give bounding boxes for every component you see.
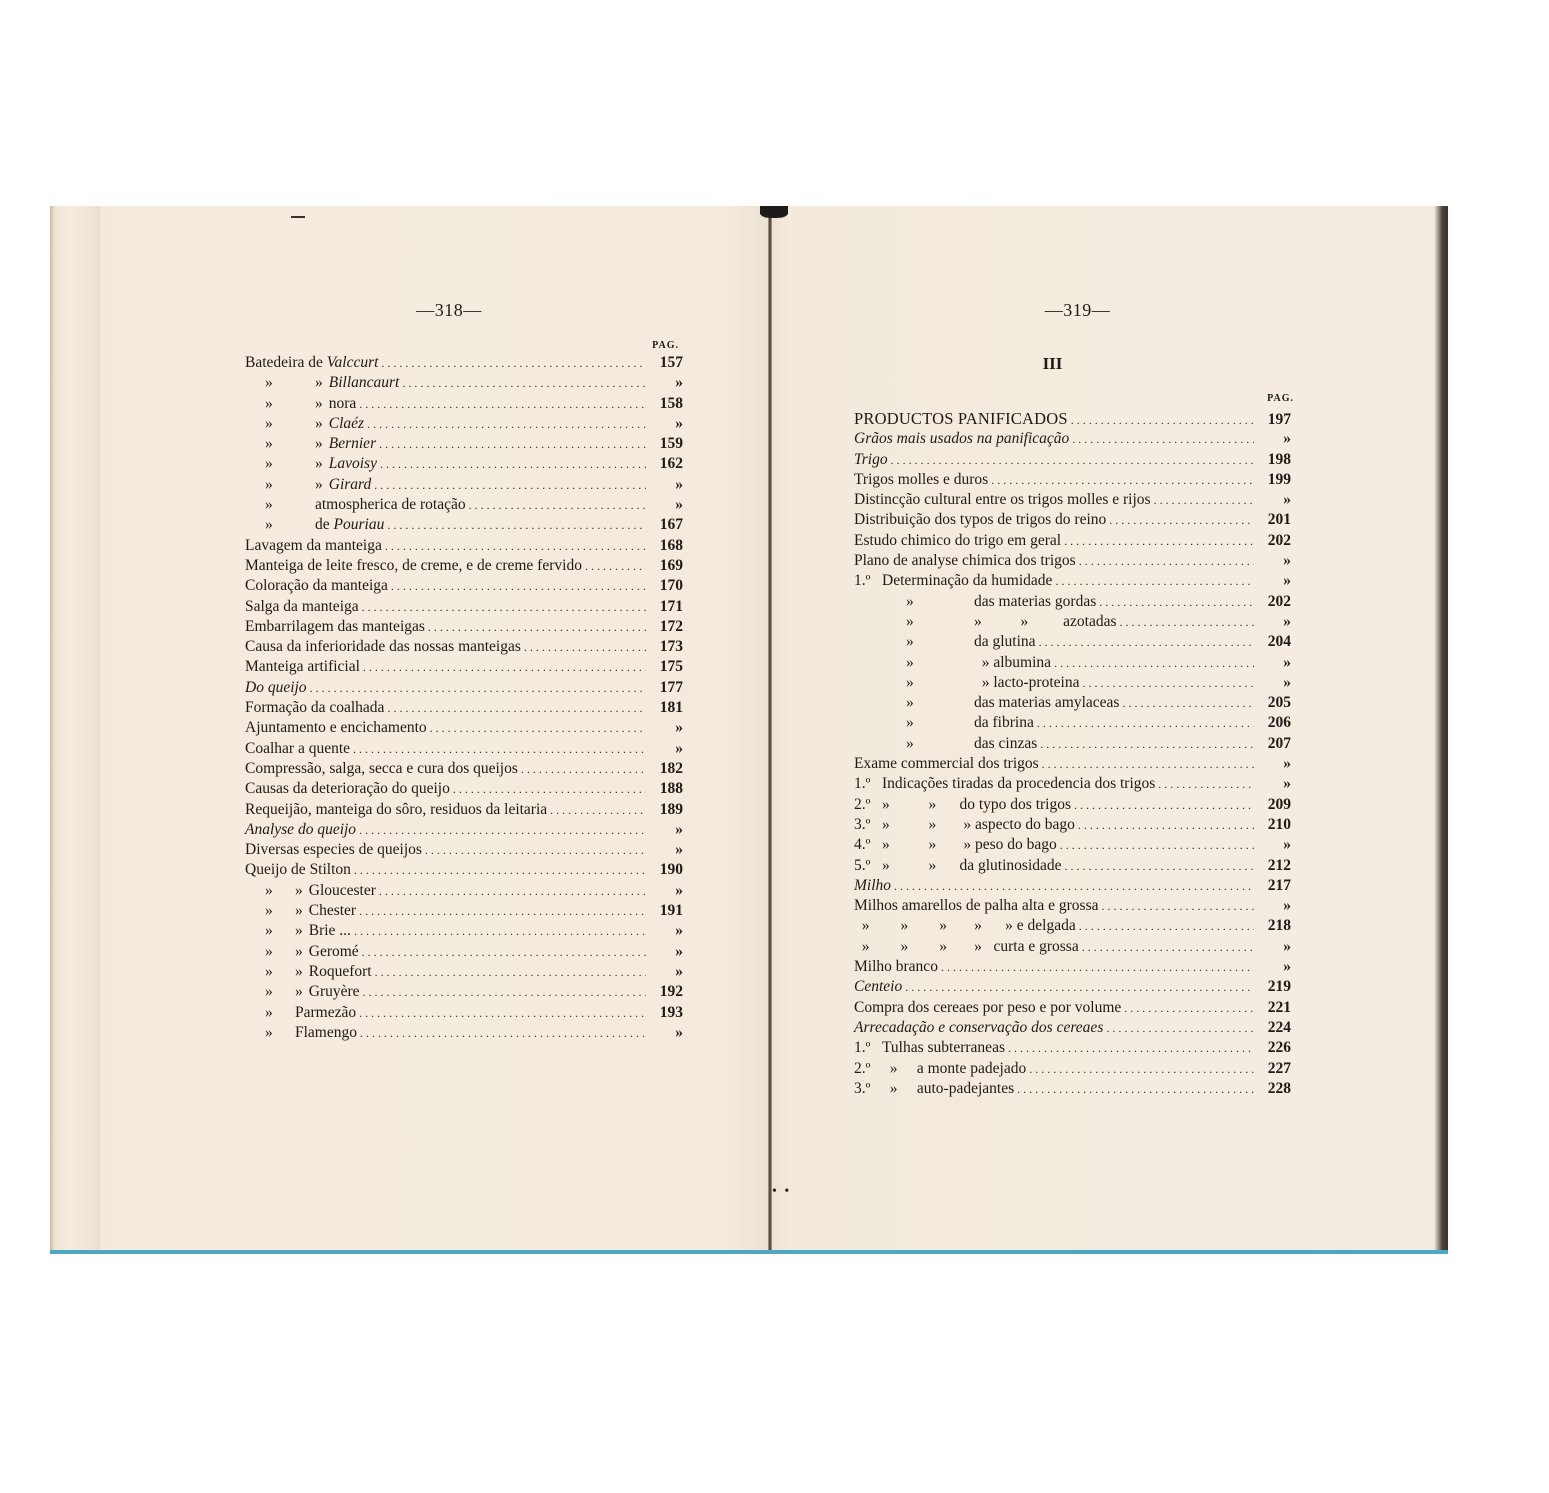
ditto-mark: » [315, 476, 323, 493]
page-ref: 182 [649, 759, 683, 779]
entry-title: Estudo chimico do trigo em geral [854, 531, 1061, 551]
dot-leader [428, 617, 646, 637]
dot-leader [1060, 835, 1254, 855]
ditto-mark: » [295, 983, 303, 1000]
ditto-mark: » [295, 882, 303, 899]
entry-text: Flamengo [295, 1024, 357, 1041]
ditto-mark: » [315, 415, 323, 432]
ditto-mark: » [245, 1023, 295, 1043]
toc-entry: Manteiga artificial175 [245, 657, 683, 677]
entry-title: Grãos mais usados na panificação [854, 429, 1069, 449]
toc-entry: »»Geromé» [245, 942, 683, 962]
entry-title: Determinação da humidade [882, 571, 1052, 591]
toc-entry: » » albumina» [854, 653, 1291, 673]
entry-title: » auto-padejantes [882, 1079, 1014, 1099]
page-ref: » [1257, 612, 1291, 632]
ditto-mark: » [245, 373, 315, 393]
dot-leader [1039, 632, 1254, 652]
dot-leader [359, 1003, 646, 1023]
page-ref: » [649, 495, 683, 515]
toc-entry: » » » » » e delgada218 [854, 916, 1291, 936]
page-ref: 219 [1257, 977, 1291, 997]
page-ref: 172 [649, 617, 683, 637]
page-ref: » [649, 881, 683, 901]
page-ref: 162 [649, 454, 683, 474]
entry-prefix: 1.º [854, 1038, 880, 1058]
toc-entry: Compra dos cereaes por peso e por volume… [854, 998, 1291, 1018]
entry-title: » » azotadas [974, 612, 1116, 632]
dot-leader [1078, 815, 1254, 835]
toc-entry: Compressão, salga, secca e cura dos quei… [245, 759, 683, 779]
entry-prefix: » [854, 612, 974, 632]
entry-title: »Bernier [315, 434, 376, 454]
entry-title: Milho branco [854, 957, 938, 977]
entry-text: Parmezão [295, 1004, 356, 1021]
entry-title: Trigos molles e duros [854, 470, 988, 490]
ditto-mark: » [245, 414, 315, 434]
toc-entry: »Flamengo» [245, 1023, 683, 1043]
entry-text-italic: Lavoisy [329, 455, 377, 472]
dot-leader [359, 901, 646, 921]
entry-title: Compressão, salga, secca e cura dos quei… [245, 759, 518, 779]
page-ref: 227 [1257, 1059, 1291, 1079]
entry-title: » » » aspecto do bago [882, 815, 1075, 835]
entry-title: »Lavoisy [315, 454, 377, 474]
entry-title: de Pouriau [315, 515, 384, 535]
toc-entry: Batedeira de Valccurt157 [245, 353, 683, 373]
page-ref: » [1257, 673, 1291, 693]
ditto-mark: » [245, 881, 295, 901]
toc-entry: Estudo chimico do trigo em geral202 [854, 531, 1291, 551]
toc-entry: Grãos mais usados na panificação» [854, 429, 1291, 449]
ditto-mark: » [295, 902, 303, 919]
toc-entry: »»Bernier159 [245, 434, 683, 454]
dot-leader [905, 977, 1254, 997]
toc-entry: Embarrilagem das manteigas172 [245, 617, 683, 637]
entry-prefix: 4.º [854, 835, 880, 855]
entry-title: Compra dos cereaes por peso e por volume [854, 998, 1121, 1018]
toc-entry: PRODUCTOS PANIFICADOS197 [854, 409, 1291, 429]
entry-text: Batedeira de [245, 354, 327, 371]
entry-prefix: » [854, 673, 974, 693]
entry-title: Manteiga artificial [245, 657, 360, 677]
page-ref: 191 [649, 901, 683, 921]
dot-leader [1082, 937, 1254, 957]
toc-entry: »»Chester191 [245, 901, 683, 921]
toc-entry: »das materias amylaceas205 [854, 693, 1291, 713]
page-ref: » [649, 942, 683, 962]
page-ref: » [649, 739, 683, 759]
entry-title: da glutina [974, 632, 1036, 652]
entry-title: Analyse do queijo [245, 820, 356, 840]
toc-entry: 2.º» » do typo dos trigos209 [854, 795, 1291, 815]
dot-leader [1079, 551, 1254, 571]
entry-title: Plano de analyse chimica dos trigos [854, 551, 1076, 571]
entry-title: » » » » curta e grossa [854, 937, 1079, 957]
table-of-contents: Batedeira de Valccurt157»»Billancaurt»»»… [245, 353, 683, 1043]
dot-leader [375, 962, 646, 982]
page-ref: » [649, 921, 683, 941]
toc-entry: Coloração da manteiga170 [245, 576, 683, 596]
entry-title: » » da glutinosidade [882, 856, 1062, 876]
toc-entry: »da fibrina206 [854, 713, 1291, 733]
dot-leader [1071, 410, 1254, 430]
toc-entry: Analyse do queijo» [245, 820, 683, 840]
page-ref: 199 [1257, 470, 1291, 490]
toc-entry: Exame commercial dos trigos» [854, 754, 1291, 774]
toc-entry: »»nora158 [245, 394, 683, 414]
toc-entry: Ajuntamento e encichamento» [245, 718, 683, 738]
toc-entry: Plano de analyse chimica dos trigos» [854, 551, 1291, 571]
toc-entry: 3.º » auto-padejantes228 [854, 1079, 1291, 1099]
page-ref: 209 [1257, 795, 1291, 815]
dot-leader [894, 876, 1254, 896]
book-gutter [768, 206, 772, 1250]
toc-entry: Distincção cultural entre os trigos moll… [854, 490, 1291, 510]
page-ref: » [1257, 957, 1291, 977]
ditto-mark: » [245, 434, 315, 454]
toc-entry: Causas da deterioração do queijo188 [245, 779, 683, 799]
entry-prefix: » [854, 592, 974, 612]
dot-leader [1124, 998, 1254, 1018]
page-ref: » [1257, 490, 1291, 510]
page-ref: » [649, 962, 683, 982]
page-ref: » [649, 414, 683, 434]
page-ref: » [649, 475, 683, 495]
entry-title: Exame commercial dos trigos [854, 754, 1039, 774]
entry-text: Requeijão, manteiga do sôro, residuos da… [245, 801, 547, 818]
entry-text: Causa da inferioridade das nossas mantei… [245, 638, 521, 655]
dot-leader [1109, 510, 1254, 530]
entry-text-italic: Valccurt [327, 354, 379, 371]
page-ref: 202 [1257, 531, 1291, 551]
entry-prefix: 1.º [854, 774, 880, 794]
toc-entry: Queijo de Stilton190 [245, 860, 683, 880]
page-ref: 158 [649, 394, 683, 414]
dot-leader [353, 739, 646, 759]
entry-title: Ajuntamento e encichamento [245, 718, 427, 738]
page-ref: 206 [1257, 713, 1291, 733]
page-ref: 159 [649, 434, 683, 454]
binding-top [760, 206, 788, 218]
toc-entry: 4.º» » » peso do bago» [854, 835, 1291, 855]
entry-text: Embarrilagem das manteigas [245, 618, 425, 635]
dot-leader [385, 536, 646, 556]
entry-text: Lavagem da manteiga [245, 537, 382, 554]
entry-title: Milhos amarellos de palha alta e grossa [854, 896, 1098, 916]
toc-entry: Milho217 [854, 876, 1291, 896]
entry-prefix: 1.º [854, 571, 880, 591]
ditto-mark: » [245, 394, 315, 414]
page-ref: 157 [649, 353, 683, 373]
dot-leader [362, 597, 646, 617]
entry-text: Queijo de Stilton [245, 861, 351, 878]
dot-leader [362, 942, 646, 962]
dot-leader [430, 718, 646, 738]
page-ref: » [1257, 774, 1291, 794]
page-ref: » [1257, 754, 1291, 774]
ditto-mark: » [245, 495, 315, 515]
dot-leader [379, 434, 646, 454]
entry-text: Ajuntamento e encichamento [245, 719, 427, 736]
entry-text: Geromé [309, 943, 359, 960]
toc-entry: Trigo198 [854, 450, 1291, 470]
entry-title: » » » » » e delgada [854, 916, 1076, 936]
page-ref: » [649, 820, 683, 840]
entry-title: Batedeira de Valccurt [245, 353, 378, 373]
toc-entry: Lavagem da manteiga168 [245, 536, 683, 556]
gutter-marks: • • [772, 1184, 791, 1200]
page-ref: 190 [649, 860, 683, 880]
entry-text: Formação da coalhada [245, 699, 384, 716]
entry-text: Coalhar a quente [245, 740, 350, 757]
entry-prefix: 5.º [854, 856, 880, 876]
entry-text-italic: Bernier [329, 435, 376, 452]
dot-leader [521, 759, 646, 779]
page-ref: » [1257, 551, 1291, 571]
entry-title: » lacto-proteina [974, 673, 1079, 693]
ditto-mark: » [295, 943, 303, 960]
entry-title: atmospherica de rotação [315, 495, 466, 515]
entry-title: Causa da inferioridade das nossas mantei… [245, 637, 521, 657]
ditto-mark: » [245, 962, 295, 982]
dot-leader [1072, 429, 1254, 449]
toc-entry: Salga da manteiga171 [245, 597, 683, 617]
page-ref: » [1257, 896, 1291, 916]
dot-leader [1017, 1079, 1254, 1099]
entry-prefix: 3.º [854, 1079, 880, 1099]
toc-entry: Causa da inferioridade das nossas mantei… [245, 637, 683, 657]
dot-leader [1040, 734, 1254, 754]
entry-text: de [315, 516, 334, 533]
dot-leader [1037, 713, 1254, 733]
entry-text-italic: Claéz [329, 415, 364, 432]
ditto-mark: » [315, 455, 323, 472]
dot-leader [453, 779, 646, 799]
dot-leader [1054, 653, 1254, 673]
page-ref: 207 [1257, 734, 1291, 754]
page-ref: 169 [649, 556, 683, 576]
dot-leader [1008, 1038, 1254, 1058]
dot-leader [1064, 531, 1254, 551]
ditto-mark: » [315, 395, 323, 412]
toc-entry: 2.º » a monte padejado227 [854, 1059, 1291, 1079]
entry-title: Distribuição dos typos de trigos do rein… [854, 510, 1106, 530]
page-number: —319— [859, 300, 1296, 321]
page-ref: 192 [649, 982, 683, 1002]
dot-leader [941, 957, 1254, 977]
entry-title: Centeio [854, 977, 902, 997]
entry-title: »Gruyère [295, 982, 360, 1002]
entry-title: Coalhar a quente [245, 739, 350, 759]
page-ref: » [1257, 937, 1291, 957]
entry-prefix: » [854, 632, 974, 652]
entry-text-italic: Analyse do queijo [245, 821, 356, 838]
entry-title: »Claéz [315, 414, 364, 434]
dot-leader [363, 657, 646, 677]
table-of-contents: PRODUCTOS PANIFICADOS197Grãos mais usado… [854, 409, 1291, 1099]
entry-text: Compressão, salga, secca e cura dos quei… [245, 760, 518, 777]
page-number: —318— [230, 300, 668, 321]
dot-leader [359, 820, 646, 840]
ditto-mark: » [315, 374, 323, 391]
entry-text: Chester [309, 902, 356, 919]
toc-entry: 1.ºTulhas subterraneas226 [854, 1038, 1291, 1058]
entry-title: PRODUCTOS PANIFICADOS [854, 409, 1068, 429]
dot-leader [524, 637, 646, 657]
dot-leader [360, 1023, 646, 1043]
dot-leader [310, 678, 646, 698]
page-ref: 193 [649, 1003, 683, 1023]
entry-text-italic: Billancaurt [329, 374, 400, 391]
toc-entry: »»Billancaurt» [245, 373, 683, 393]
entry-text-italic: Girard [329, 476, 372, 493]
dot-leader [1106, 1018, 1254, 1038]
entry-text: Roquefort [309, 963, 372, 980]
entry-title: Flamengo [295, 1023, 357, 1043]
toc-entry: Milhos amarellos de palha alta e grossa» [854, 896, 1291, 916]
entry-title: »Roquefort [295, 962, 372, 982]
ditto-mark: » [245, 454, 315, 474]
ditto-mark: » [245, 515, 315, 535]
toc-entry: 1.ºDeterminação da humidade» [854, 571, 1291, 591]
toc-entry: Do queijo177 [245, 678, 683, 698]
ditto-mark: » [245, 921, 295, 941]
dot-leader [469, 495, 646, 515]
entry-text: Gloucester [309, 882, 376, 899]
toc-entry: »»Lavoisy162 [245, 454, 683, 474]
page-ref: » [649, 373, 683, 393]
page-ref: 170 [649, 576, 683, 596]
dot-leader [1079, 916, 1254, 936]
page-ref: 212 [1257, 856, 1291, 876]
dot-leader [1119, 612, 1254, 632]
toc-entry: »das materias gordas202 [854, 592, 1291, 612]
page-ref: » [1257, 571, 1291, 591]
toc-entry: »»Claéz» [245, 414, 683, 434]
toc-entry: » » » » curta e grossa» [854, 937, 1291, 957]
ditto-mark: » [245, 475, 315, 495]
pag-column-header: PAG. [1267, 393, 1294, 404]
dot-leader [1101, 896, 1254, 916]
dot-leader [1055, 571, 1254, 591]
toc-entry: »Parmezão193 [245, 1003, 683, 1023]
entry-title: » a monte padejado [882, 1059, 1026, 1079]
page-ref: 198 [1257, 450, 1291, 470]
ditto-mark: » [295, 922, 303, 939]
entry-title: »nora [315, 394, 356, 414]
entry-title: Trigo [854, 450, 888, 470]
dot-leader [387, 698, 646, 718]
entry-title: » albumina [974, 653, 1051, 673]
entry-title: Embarrilagem das manteigas [245, 617, 425, 637]
dot-leader [391, 576, 646, 596]
entry-text: Diversas especies de queijos [245, 841, 422, 858]
entry-text: Causas da deterioração do queijo [245, 780, 450, 797]
entry-title: Lavagem da manteiga [245, 536, 382, 556]
toc-entry: »atmospherica de rotação» [245, 495, 683, 515]
dot-leader [1122, 693, 1254, 713]
entry-title: »Geromé [295, 942, 359, 962]
page-ref: » [1257, 653, 1291, 673]
toc-entry: 1.ºIndicações tiradas da procedencia dos… [854, 774, 1291, 794]
ditto-mark: » [295, 963, 303, 980]
entry-prefix: 2.º [854, 795, 880, 815]
dot-leader [1082, 673, 1254, 693]
ditto-mark: » [245, 942, 295, 962]
dot-leader [1154, 490, 1254, 510]
entry-title: das cinzas [974, 734, 1037, 754]
entry-title: Indicações tiradas da procedencia dos tr… [882, 774, 1155, 794]
entry-text: Salga da manteiga [245, 598, 359, 615]
page-ref: 205 [1257, 693, 1291, 713]
page-ref: » [649, 718, 683, 738]
toc-entry: Manteiga de leite fresco, de creme, e de… [245, 556, 683, 576]
entry-title: Manteiga de leite fresco, de creme, e de… [245, 556, 582, 576]
page-ref: 210 [1257, 815, 1291, 835]
entry-title: » » » peso do bago [882, 835, 1057, 855]
dot-leader [1065, 856, 1254, 876]
toc-entry: Coalhar a quente» [245, 739, 683, 759]
toc-entry: Trigos molles e duros199 [854, 470, 1291, 490]
page-ref: 228 [1257, 1079, 1291, 1099]
toc-entry: »»Girard» [245, 475, 683, 495]
page-ref: 201 [1257, 510, 1291, 530]
entry-title: Salga da manteiga [245, 597, 359, 617]
toc-entry: Arrecadação e conservação dos cereaes224 [854, 1018, 1291, 1038]
toc-entry: » » lacto-proteina» [854, 673, 1291, 693]
entry-title: »Brie ... [295, 921, 351, 941]
toc-entry: 3.º» » » aspecto do bago210 [854, 815, 1291, 835]
entry-title: Arrecadação e conservação dos cereaes [854, 1018, 1103, 1038]
page-ref: 175 [649, 657, 683, 677]
toc-entry: »de Pouriau167 [245, 515, 683, 535]
dot-leader [402, 373, 646, 393]
page-ref: 173 [649, 637, 683, 657]
entry-title: Do queijo [245, 678, 307, 698]
toc-entry: Centeio219 [854, 977, 1291, 997]
toc-entry: »»Gloucester» [245, 881, 683, 901]
entry-title: Causas da deterioração do queijo [245, 779, 450, 799]
dot-leader [1074, 795, 1254, 815]
page-ref: 197 [1257, 410, 1291, 430]
dot-leader [381, 353, 646, 373]
entry-title: Milho [854, 876, 891, 896]
dot-leader [354, 860, 646, 880]
entry-prefix: 3.º [854, 815, 880, 835]
dot-leader [363, 982, 646, 1002]
page-ref: » [1257, 429, 1291, 449]
dot-leader [1099, 592, 1254, 612]
page-ref: 221 [1257, 998, 1291, 1018]
toc-entry: »»Brie ...» [245, 921, 683, 941]
entry-title: das materias gordas [974, 592, 1096, 612]
page-ref: 204 [1257, 632, 1291, 652]
page-ref: » [1257, 835, 1291, 855]
entry-text: Gruyère [309, 983, 360, 1000]
toc-entry: »»Roquefort» [245, 962, 683, 982]
toc-entry: Milho branco» [854, 957, 1291, 977]
ditto-mark: » [245, 901, 295, 921]
dot-leader [380, 454, 646, 474]
dot-leader [585, 556, 646, 576]
toc-entry: »das cinzas207 [854, 734, 1291, 754]
pag-column-header: PAG. [652, 340, 679, 351]
entry-title: Requeijão, manteiga do sôro, residuos da… [245, 800, 547, 820]
entry-title: Coloração da manteiga [245, 576, 388, 596]
entry-prefix: » [854, 734, 974, 754]
dot-leader [354, 921, 646, 941]
